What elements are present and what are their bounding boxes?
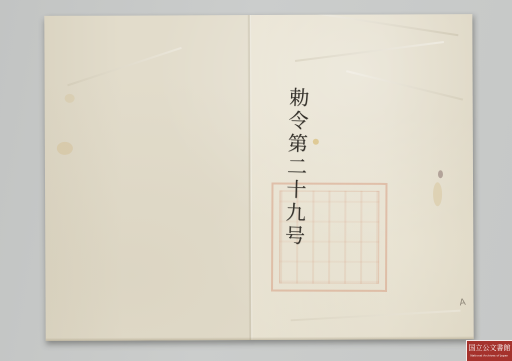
pencil-mark: A bbox=[459, 298, 467, 309]
watermark-title: 国立公文書館 bbox=[469, 344, 511, 353]
calligraphy-title: 勅令第二十九号 bbox=[278, 86, 313, 282]
archive-watermark: 国立公文書館 National Archives of Japan bbox=[466, 340, 512, 361]
paper-bottom-edge bbox=[46, 336, 474, 341]
watermark-subtitle: National Archives of Japan bbox=[471, 354, 509, 358]
document-paper: 勅令第二十九号 A bbox=[44, 14, 473, 341]
photo-scene: 勅令第二十九号 A 国立公文書館 National Archives of Ja… bbox=[0, 0, 512, 361]
paper-crease bbox=[67, 47, 182, 86]
stain-smudge bbox=[57, 142, 73, 155]
stain-smudge bbox=[65, 94, 75, 103]
